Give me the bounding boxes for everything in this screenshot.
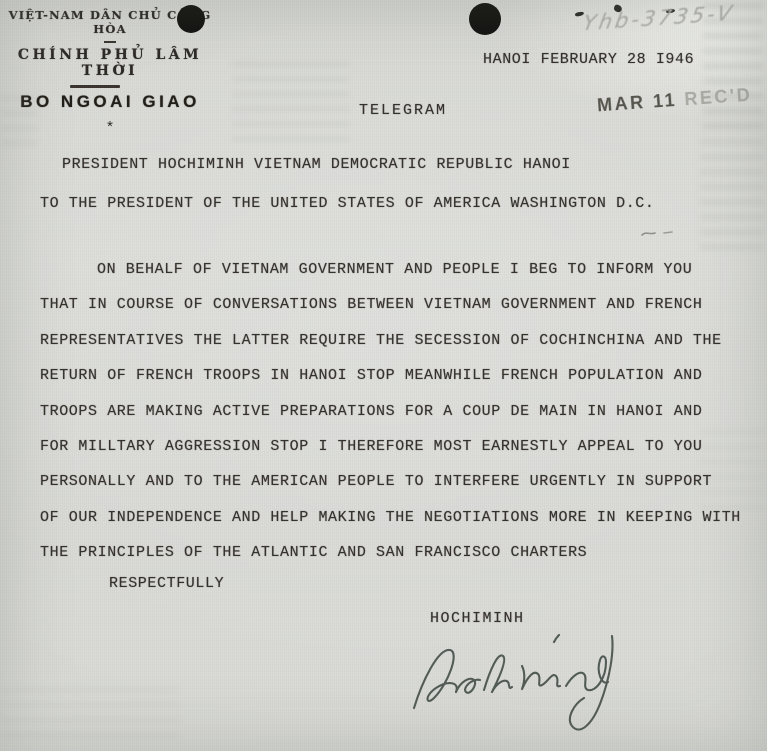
bleedthrough-text-ghost: [700, 140, 764, 260]
dateline: HANOI FEBRUARY 28 I946: [483, 51, 694, 68]
body-line: TROOPS ARE MAKING ACTIVE PREPARATIONS FO…: [40, 394, 741, 429]
ink-speck: [575, 11, 585, 17]
address-sender-line: PRESIDENT HOCHIMINH VIETNAM DEMOCRATIC R…: [62, 156, 571, 173]
bleedthrough-text-ghost: [232, 62, 350, 142]
pencil-reference-number: Yhb-3735-V: [581, 1, 737, 36]
ink-dot-right: [469, 3, 501, 35]
body-line: THE PRINCIPLES OF THE ATLANTIC AND SAN F…: [40, 535, 741, 570]
address-recipient-line: TO THE PRESIDENT OF THE UNITED STATES OF…: [40, 195, 655, 212]
body-line: FOR MILLTARY AGGRESSION STOP I THEREFORE…: [40, 429, 741, 464]
letterhead-star-ornament: *: [8, 120, 212, 137]
body-line: ON BEHALF OF VIETNAM GOVERNMENT AND PEOP…: [40, 252, 741, 287]
body-line: REPRESENTATIVES THE LATTER REQUIRE THE S…: [40, 323, 741, 358]
letterhead-ministry-line: BO NGOAI GIAO: [8, 92, 212, 112]
received-stamp-recd: REC'D: [684, 85, 753, 110]
body-line: RETURN OF FRENCH TROOPS IN HANOI STOP ME…: [40, 358, 741, 393]
pencil-check-mark: [640, 226, 676, 242]
received-stamp: MAR 11 REC'D: [596, 85, 752, 117]
telegram-body: ON BEHALF OF VIETNAM GOVERNMENT AND PEOP…: [40, 252, 741, 571]
letterhead-divider-dash: [104, 41, 116, 43]
telegram-document: VIỆT-NAM DÂN CHỦ CỘNG HÒA CHÍNH PHỦ LÂM …: [0, 0, 767, 751]
ink-dot-left: [177, 5, 205, 33]
document-type-heading: TELEGRAM: [359, 102, 447, 119]
received-stamp-date: MAR 11: [596, 90, 677, 116]
body-line: THAT IN COURSE OF CONVERSATIONS BETWEEN …: [40, 287, 741, 322]
signature-name-typed: HOCHIMINH: [430, 610, 525, 627]
letterhead-divider-bar: [70, 85, 120, 88]
body-line: OF OUR INDEPENDENCE AND HELP MAKING THE …: [40, 500, 741, 535]
closing-respectfully: RESPECTFULLY: [109, 575, 224, 592]
bleedthrough-text-ghost: [0, 688, 180, 744]
handwritten-signature: [404, 626, 654, 746]
letterhead-government-line: CHÍNH PHỦ LÂM THỜI: [8, 47, 212, 79]
body-line: PERSONALLY AND TO THE AMERICAN PEOPLE TO…: [40, 464, 741, 499]
